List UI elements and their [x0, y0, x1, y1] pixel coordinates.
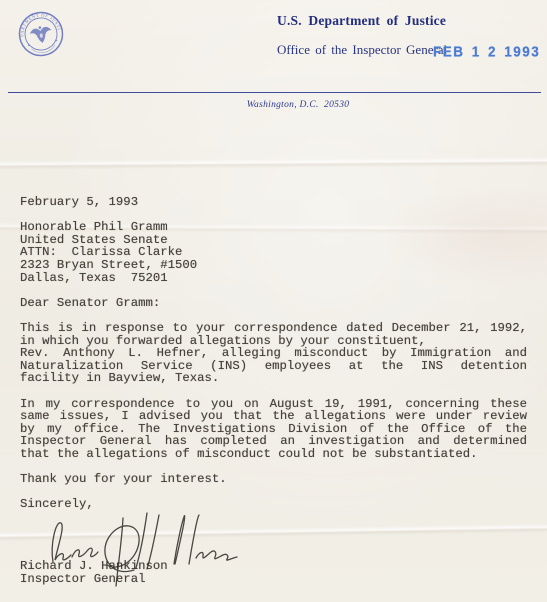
text-line: facility in Bayview, Texas. [20, 372, 527, 385]
text-line: 2323 Bryan Street, #1500 [20, 259, 527, 272]
text-line: same issues, I advised you that the alle… [20, 410, 527, 423]
paper-crease [0, 157, 547, 170]
text-line: This is in response to your corresponden… [20, 322, 527, 335]
city-line: Washington, D.C. 20530 [247, 100, 350, 110]
paragraph-1: This is in response to your corresponden… [20, 322, 527, 385]
text-line: Inspector General has completed an inves… [20, 435, 527, 448]
received-date-stamp: FEB 1 2 1993 [433, 43, 540, 59]
doj-seal-icon: DEPARTMENT OF JUSTICE [13, 6, 69, 62]
letter-date: February 5, 1993 [20, 196, 527, 209]
scanned-letter-page: DEPARTMENT OF JUSTICE U.S. Department of… [0, 0, 547, 602]
text-line: Honorable Phil Gramm [20, 221, 527, 234]
agency-title: U.S. Department of Justice [277, 13, 446, 29]
text-line: Dallas, Texas 75201 [20, 272, 527, 285]
letterhead-divider [8, 92, 541, 93]
office-title: Office of the Inspector General [277, 42, 447, 58]
handwritten-signature [46, 506, 241, 592]
thanks-line: Thank you for your interest. [20, 473, 527, 486]
paragraph-2: In my correspondence to you on August 19… [20, 398, 527, 461]
recipient-address: Honorable Phil GrammUnited States Senate… [20, 221, 527, 284]
letter-body: February 5, 1993 Honorable Phil GrammUni… [20, 196, 527, 511]
text-line: Rev. Anthony L. Hefner, alleging miscond… [20, 347, 527, 360]
text-line: that the allegations of misconduct could… [20, 448, 527, 461]
salutation: Dear Senator Gramm: [20, 297, 527, 310]
